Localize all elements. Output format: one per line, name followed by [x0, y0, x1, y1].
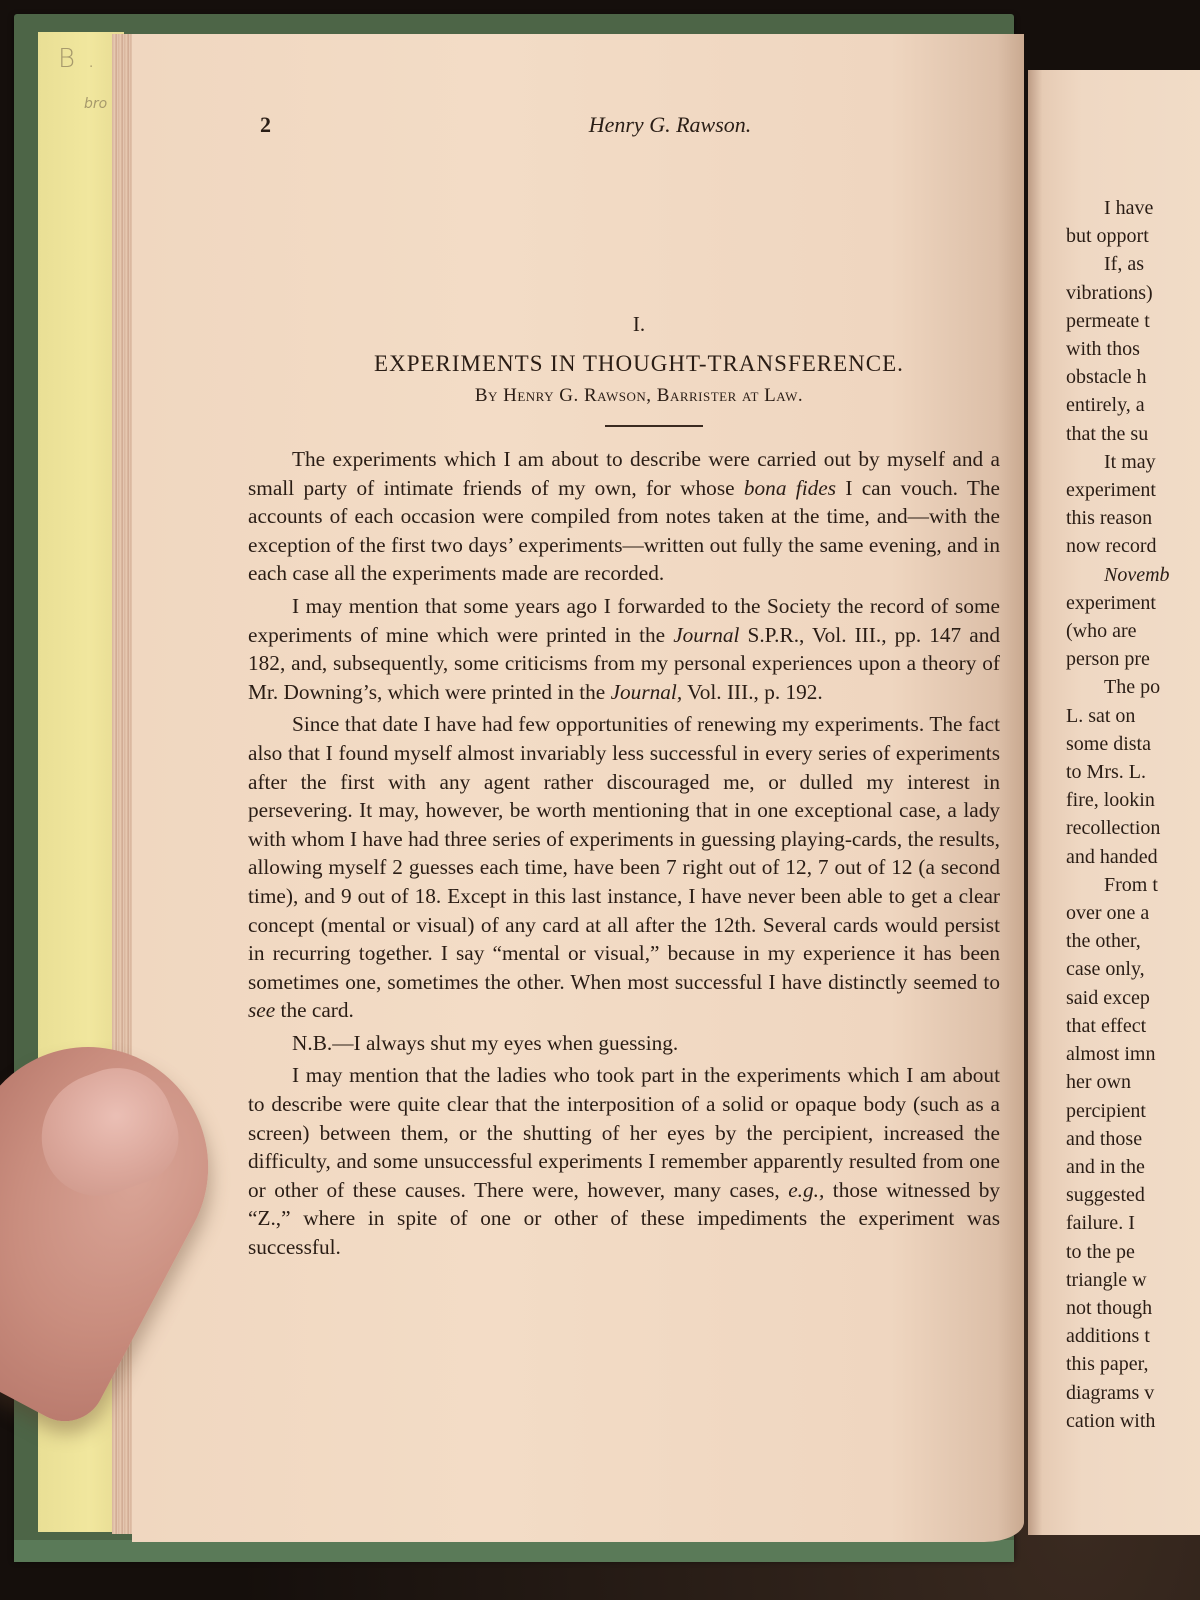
- right-page-line: additions t: [1066, 1322, 1200, 1350]
- right-page-line: entirely, a: [1066, 391, 1200, 419]
- right-page-line: but opport: [1066, 222, 1200, 250]
- page-number: 2: [260, 112, 271, 138]
- right-page-line: (who are: [1066, 617, 1200, 645]
- title-rule: [605, 425, 703, 427]
- right-page-line: case only,: [1066, 955, 1200, 983]
- right-page-line: percipient: [1066, 1097, 1200, 1125]
- right-page-line: and in the: [1066, 1153, 1200, 1181]
- right-page-line: suggested: [1066, 1181, 1200, 1209]
- right-page-text: I havebut opportIf, asvibrations)permeat…: [1066, 194, 1200, 1435]
- right-page-line: this reason: [1066, 504, 1200, 532]
- right-page-line: experiment: [1066, 589, 1200, 617]
- right-page-line: failure. I: [1066, 1209, 1200, 1237]
- right-page-line: now record: [1066, 532, 1200, 560]
- section-number: I.: [278, 312, 1000, 337]
- right-page-line: diagrams v: [1066, 1379, 1200, 1407]
- right-page-line: and handed: [1066, 843, 1200, 871]
- right-page-line: some dista: [1066, 730, 1200, 758]
- paragraph-5: I may mention that the ladies who took p…: [248, 1061, 1000, 1261]
- right-page-line: that effect: [1066, 1012, 1200, 1040]
- right-page-line: L. sat on: [1066, 702, 1200, 730]
- right-page-line: From t: [1066, 871, 1200, 899]
- paragraph-1: The experiments which I am about to desc…: [248, 445, 1000, 588]
- article: I. EXPERIMENTS IN THOUGHT-TRANSFERENCE. …: [248, 312, 1000, 1266]
- right-page-line: and those: [1066, 1125, 1200, 1153]
- right-page-line: her own: [1066, 1068, 1200, 1096]
- right-page-line: It may: [1066, 448, 1200, 476]
- right-page-line: The po: [1066, 673, 1200, 701]
- right-page-line: triangle w: [1066, 1266, 1200, 1294]
- running-head: 2 Henry G. Rawson.: [260, 112, 1000, 142]
- article-title: EXPERIMENTS IN THOUGHT-TRANSFERENCE.: [278, 351, 1000, 377]
- paragraph-nb: N.B.—I always shut my eyes when guessing…: [248, 1029, 1000, 1058]
- right-page-line: the other,: [1066, 927, 1200, 955]
- right-page-line: Novemb: [1066, 561, 1200, 589]
- book-cover-bottom-edge: [14, 1540, 1014, 1562]
- right-page-line: vibrations): [1066, 279, 1200, 307]
- right-page-line: person pre: [1066, 645, 1200, 673]
- right-page-line: with thos: [1066, 335, 1200, 363]
- right-page-line: not though: [1066, 1294, 1200, 1322]
- right-page-line: over one a: [1066, 899, 1200, 927]
- right-page-line: cation with: [1066, 1407, 1200, 1435]
- right-page-line: obstacle h: [1066, 363, 1200, 391]
- article-byline: By Henry G. Rawson, Barrister at Law.: [278, 385, 1000, 407]
- right-page-line: fire, lookin: [1066, 786, 1200, 814]
- right-page-line: recollection: [1066, 814, 1200, 842]
- right-page-line: I have: [1066, 194, 1200, 222]
- endpaper-pencil-scrawl: bro: [84, 96, 107, 112]
- right-page-line: to Mrs. L.: [1066, 758, 1200, 786]
- right-page-line: If, as: [1066, 250, 1200, 278]
- right-page-line: permeate t: [1066, 307, 1200, 335]
- running-title: Henry G. Rawson.: [390, 112, 950, 138]
- right-page-line: that the su: [1066, 420, 1200, 448]
- paragraph-2: I may mention that some years ago I forw…: [248, 592, 1000, 706]
- right-page-line: said excep: [1066, 984, 1200, 1012]
- right-page-line: almost imn: [1066, 1040, 1200, 1068]
- right-page-line: to the pe: [1066, 1238, 1200, 1266]
- paragraph-3: Since that date I have had few opportuni…: [248, 710, 1000, 1025]
- right-page-line: this paper,: [1066, 1350, 1200, 1378]
- right-page-line: experiment: [1066, 476, 1200, 504]
